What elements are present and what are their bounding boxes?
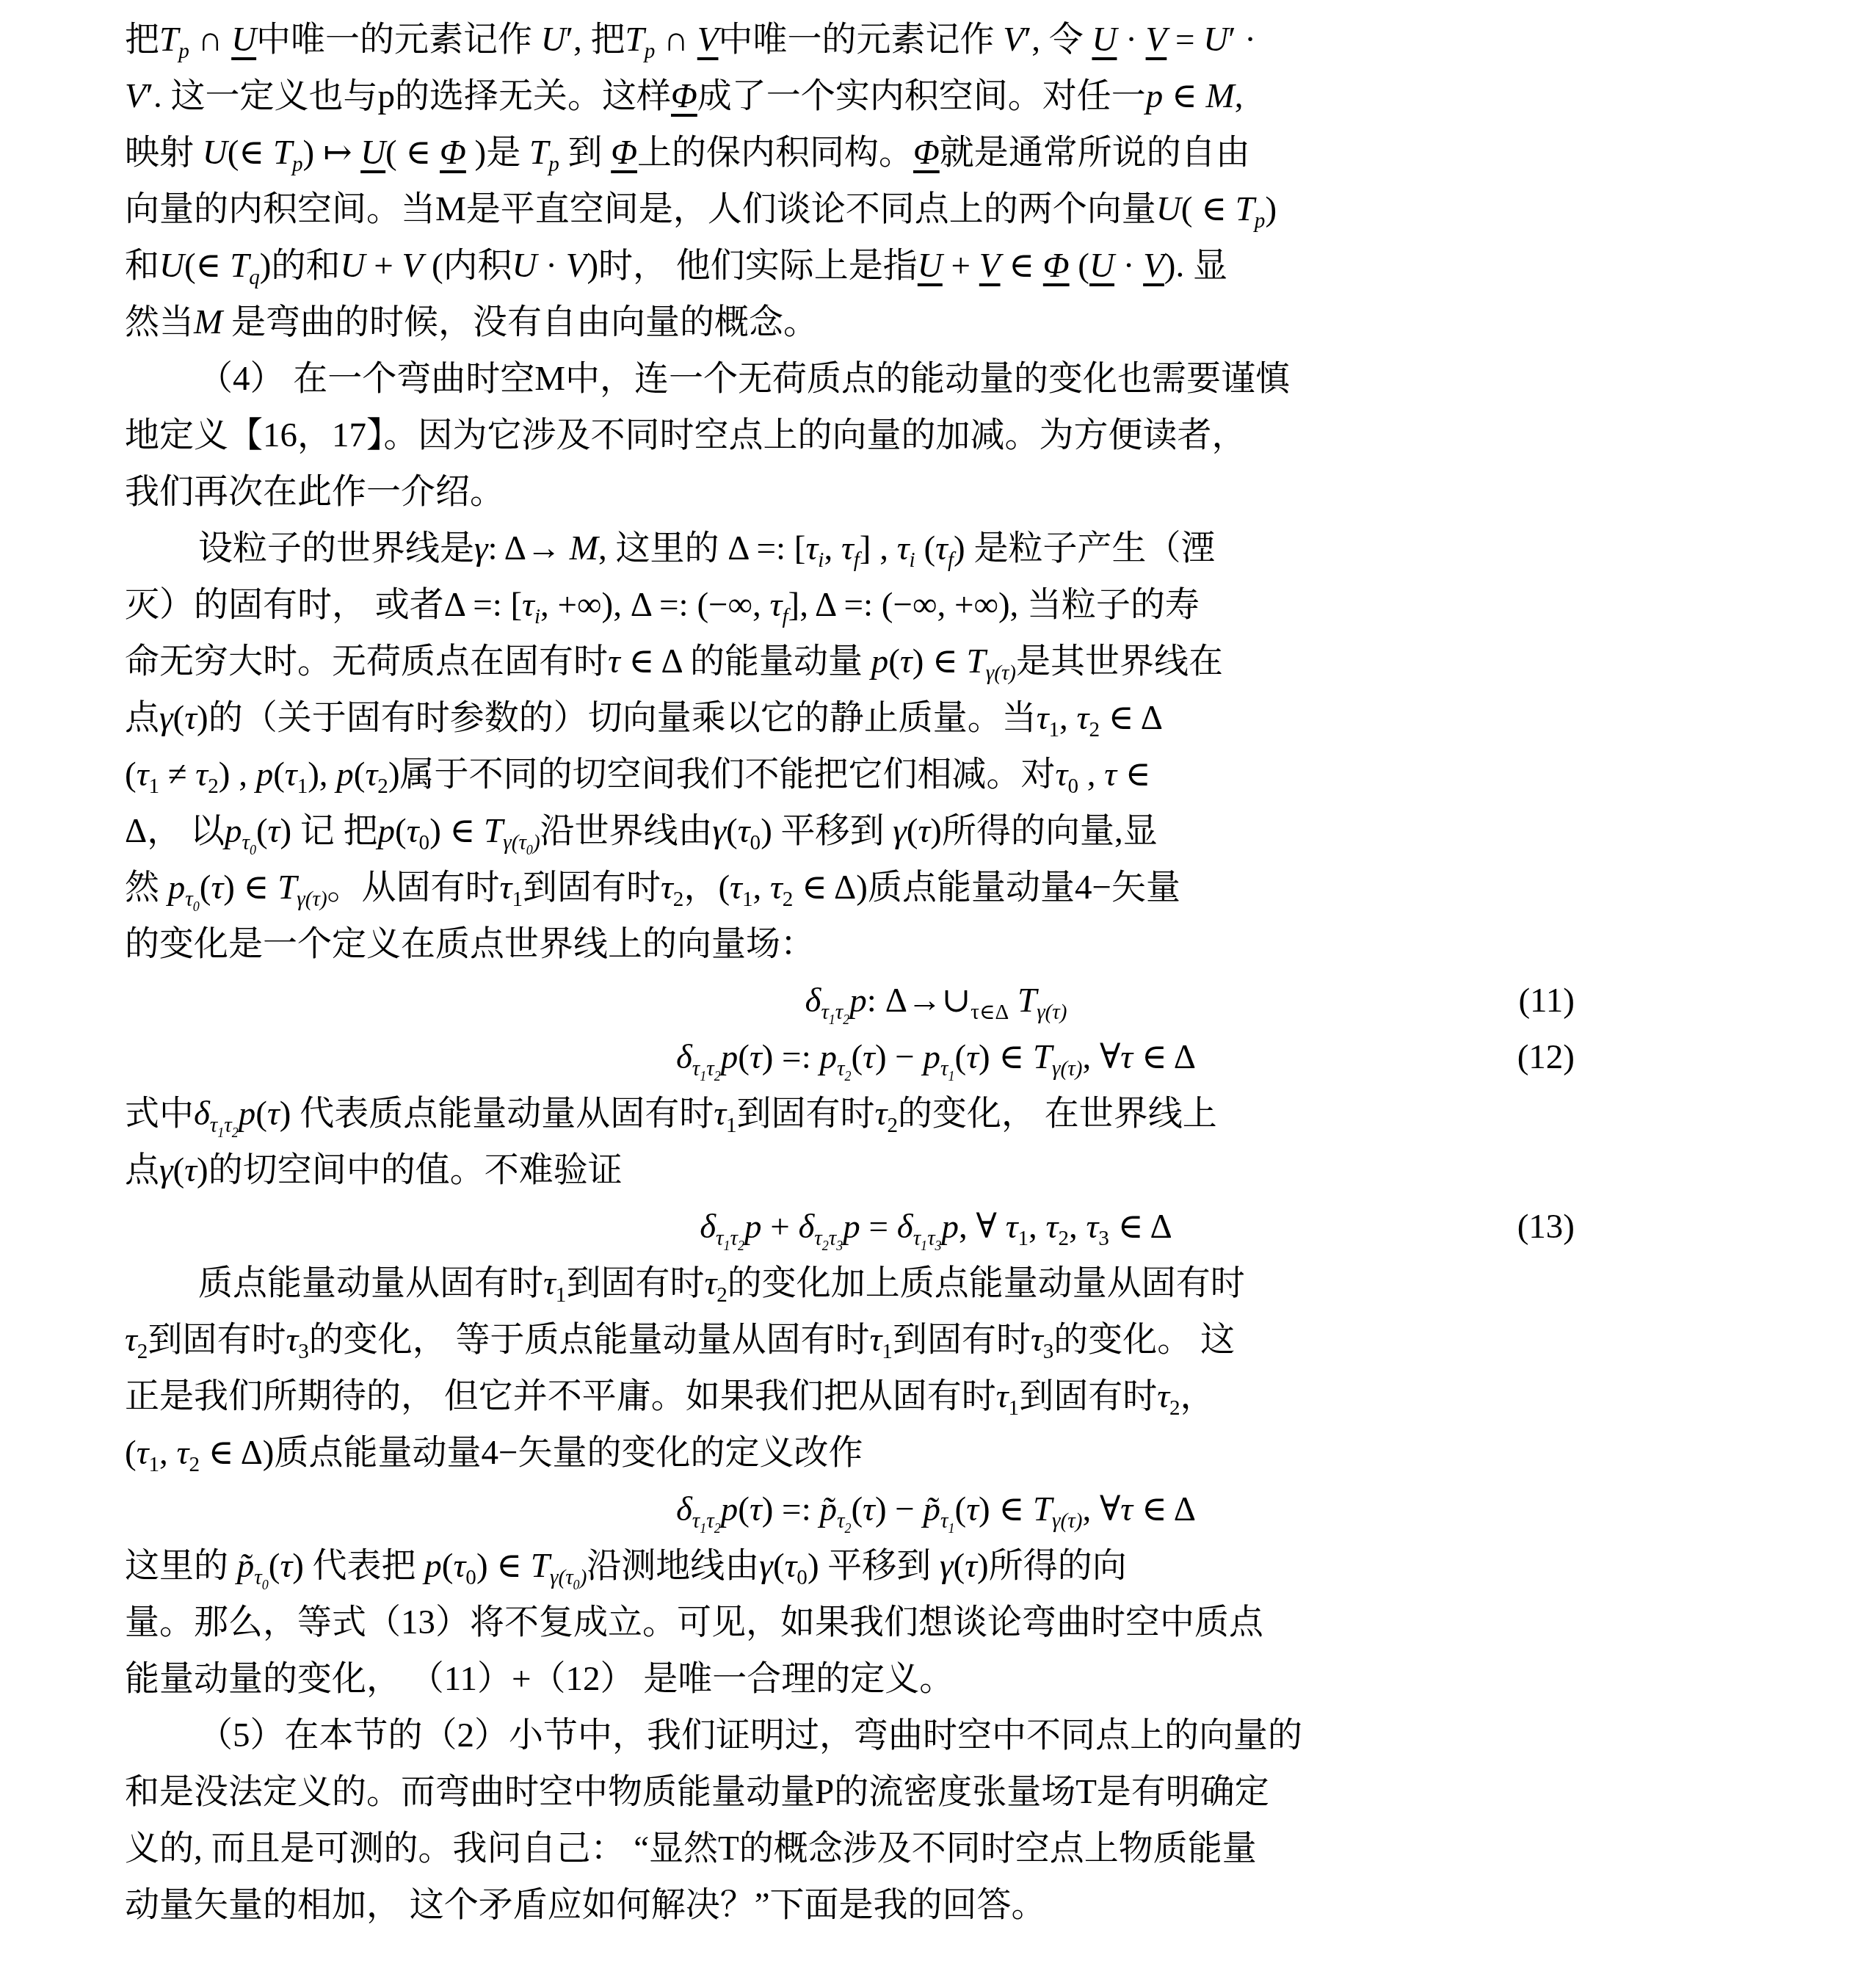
- text-line: 的变化是一个定义在质点世界线上的向量场：: [125, 916, 1747, 973]
- document-page: 把Tp ∩ U中唯一的元素记作 U′, 把Tp ∩ V中唯一的元素记作 V′, …: [0, 0, 1872, 1988]
- text-line: 点γ(τ)的（关于固有时参数的）切向量乘以它的静止质量。当τ1, τ2 ∈ Δ: [125, 690, 1747, 747]
- equation-formula: δτ1τ2p(τ) =: pτ2(τ) − pτ1(τ) ∈ Tγ(τ), ∀τ…: [125, 1029, 1747, 1086]
- text-line: 设粒子的世界线是γ: Δ→ M, 这里的 Δ =: [τi, τf] , τi …: [125, 520, 1747, 577]
- text-line: 质点能量动量从固有时τ1到固有时τ2的变化加上质点能量动量从固有时: [125, 1255, 1747, 1312]
- equation-formula: δτ1τ2p(τ) =: p̃τ2(τ) − p̃τ1(τ) ∈ Tγ(τ), …: [125, 1481, 1747, 1538]
- text-line: τ2到固有时τ3的变化， 等于质点能量动量从固有时τ1到固有时τ3的变化。 这: [125, 1312, 1747, 1368]
- text-line: 动量矢量的相加， 这个矛盾应如何解决？”下面是我的回答。: [125, 1877, 1747, 1934]
- text-line: 然当M 是弯曲的时候，没有自由向量的概念。: [125, 294, 1747, 351]
- text-line: 量。那么，等式（13）将不复成立。可见，如果我们想谈论弯曲时空中质点: [125, 1595, 1747, 1651]
- text-line: 这里的 p̃τ0(τ) 代表把 p(τ0) ∈ Tγ(τ0)沿测地线由γ(τ0)…: [125, 1538, 1747, 1595]
- text-line: 向量的内积空间。当M是平直空间是，人们谈论不同点上的两个向量U( ∈ Tp): [125, 181, 1747, 238]
- equation-formula: δτ1τ2p: Δ→∪τ∈Δ Tγ(τ): [125, 973, 1747, 1029]
- equation-line: δτ1τ2p + δτ2τ3p = δτ1τ3p, ∀ τ1, τ2, τ3 ∈…: [125, 1199, 1747, 1255]
- equation-number: (12): [1517, 1029, 1575, 1086]
- text-line: 义的, 而且是可测的。我问自己： “显然T的概念涉及不同时空点上物质能量: [125, 1821, 1747, 1877]
- text-line: （5）在本节的（2）小节中，我们证明过，弯曲时空中不同点上的向量的: [125, 1708, 1747, 1764]
- equation-number: (13): [1517, 1199, 1575, 1255]
- text-line: （4） 在一个弯曲时空M中，连一个无荷质点的能动量的变化也需要谨慎: [125, 351, 1747, 407]
- equation-number: (11): [1518, 973, 1575, 1029]
- text-line: 灭）的固有时， 或者Δ =: [τi, +∞), Δ =: (−∞, τf], …: [125, 577, 1747, 634]
- text-line: 式中δτ1τ2p(τ) 代表质点能量动量从固有时τ1到固有时τ2的变化， 在世界…: [125, 1086, 1747, 1142]
- document-body: 把Tp ∩ U中唯一的元素记作 U′, 把Tp ∩ V中唯一的元素记作 V′, …: [125, 12, 1747, 1934]
- text-line: 能量动量的变化， （11）+（12） 是唯一合理的定义。: [125, 1651, 1747, 1708]
- text-line: 和U(∈ Tq)的和U + V (内积U · V)时， 他们实际上是指U + V…: [125, 238, 1747, 294]
- equation-line: δτ1τ2p(τ) =: pτ2(τ) − pτ1(τ) ∈ Tγ(τ), ∀τ…: [125, 1029, 1747, 1086]
- text-line: 正是我们所期待的， 但它并不平庸。如果我们把从固有时τ1到固有时τ2，: [125, 1368, 1747, 1425]
- text-line: 命无穷大时。无荷质点在固有时τ ∈ Δ 的能量动量 p(τ) ∈ Tγ(τ)是其…: [125, 634, 1747, 690]
- text-line: 我们再次在此作一介绍。: [125, 464, 1747, 520]
- text-line: 把Tp ∩ U中唯一的元素记作 U′, 把Tp ∩ V中唯一的元素记作 V′, …: [125, 12, 1747, 68]
- text-line: 地定义【16，17】。因为它涉及不同时空点上的向量的加减。为方便读者，: [125, 407, 1747, 464]
- text-line: 点γ(τ)的切空间中的值。不难验证: [125, 1142, 1747, 1199]
- text-line: 映射 U(∈ Tp) ↦ U( ∈ Φ )是 Tp 到 Φ上的保内积同构。Φ就是…: [125, 125, 1747, 181]
- text-line: 然 pτ0(τ) ∈ Tγ(τ)。从固有时τ1到固有时τ2，(τ1, τ2 ∈ …: [125, 860, 1747, 916]
- equation-line: δτ1τ2p(τ) =: p̃τ2(τ) − p̃τ1(τ) ∈ Tγ(τ), …: [125, 1481, 1747, 1538]
- equation-formula: δτ1τ2p + δτ2τ3p = δτ1τ3p, ∀ τ1, τ2, τ3 ∈…: [125, 1199, 1747, 1255]
- text-line: (τ1 ≠ τ2) , p(τ1), p(τ2)属于不同的切空间我们不能把它们相…: [125, 747, 1747, 803]
- equation-line: δτ1τ2p: Δ→∪τ∈Δ Tγ(τ)(11): [125, 973, 1747, 1029]
- text-line: (τ1, τ2 ∈ Δ)质点能量动量4−矢量的变化的定义改作: [125, 1425, 1747, 1481]
- text-line: V′. 这一定义也与p的选择无关。这样Φ成了一个实内积空间。对任一p ∈ M,: [125, 68, 1747, 125]
- text-line: 和是没法定义的。而弯曲时空中物质能量动量P的流密度张量场T是有明确定: [125, 1764, 1747, 1821]
- text-line: Δ， 以pτ0(τ) 记 把p(τ0) ∈ Tγ(τ0)沿世界线由γ(τ0) 平…: [125, 803, 1747, 860]
